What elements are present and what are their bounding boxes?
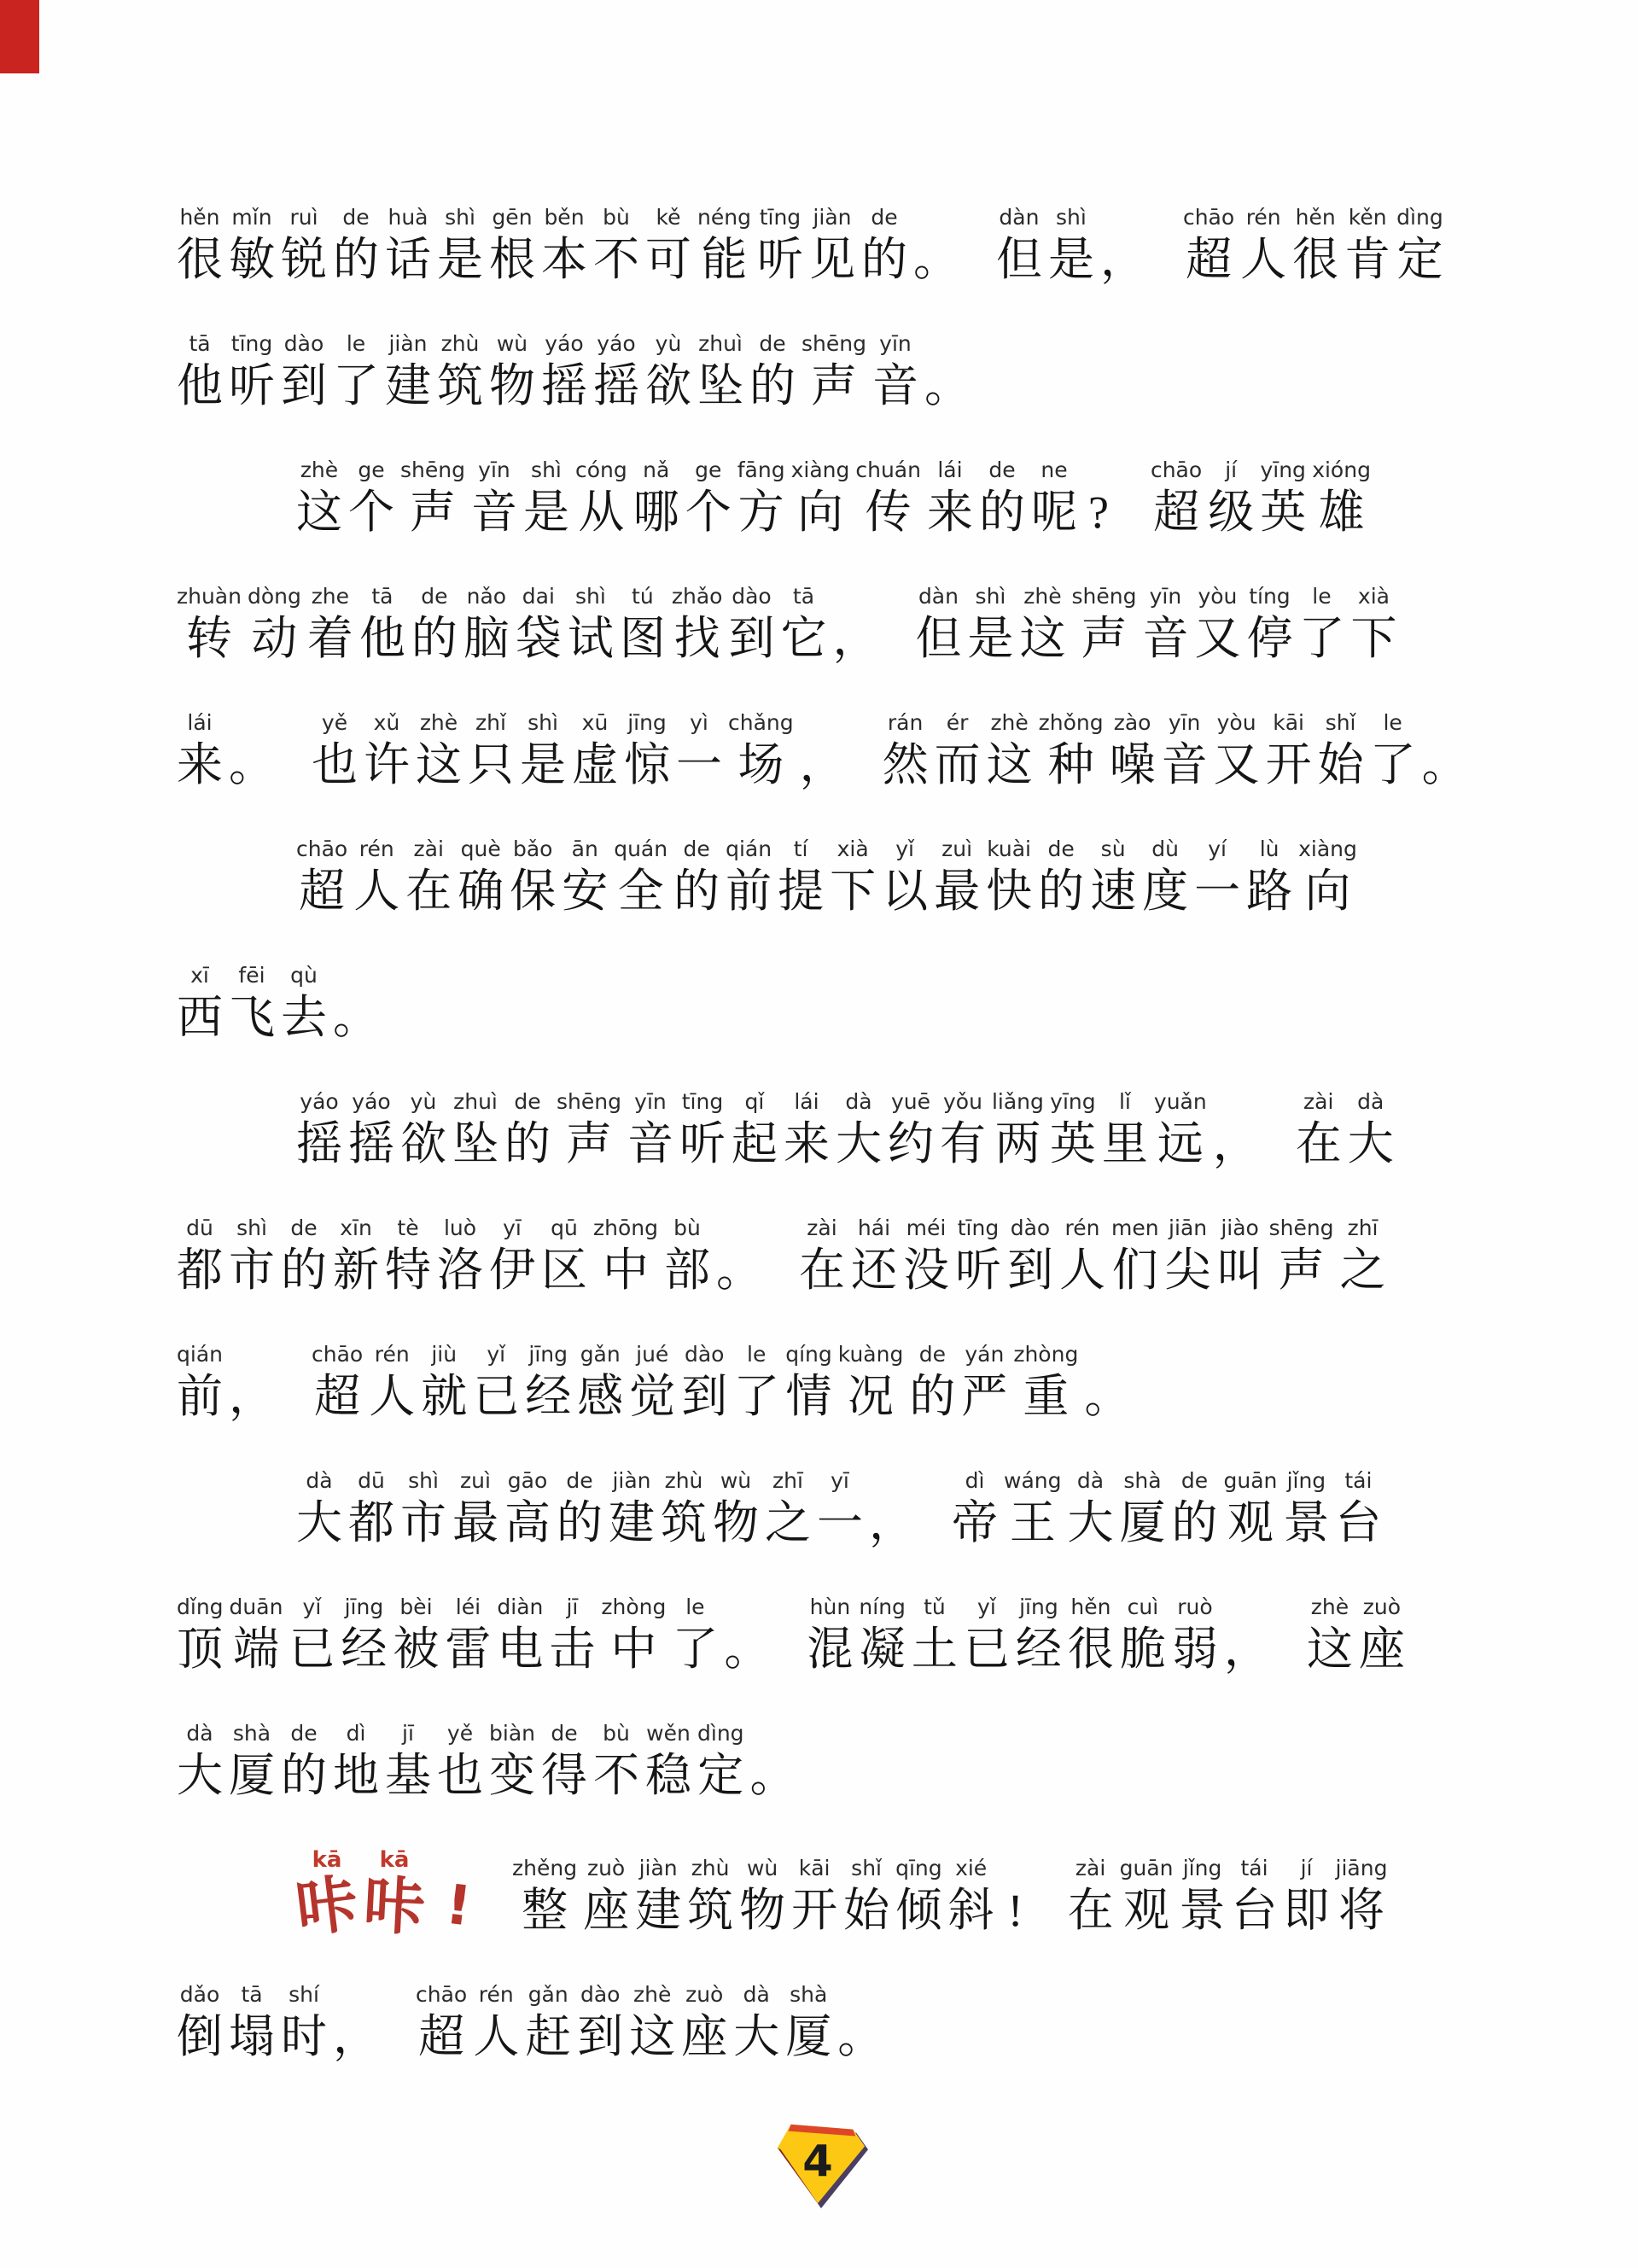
hanzi-character: 始 [843,1883,889,1938]
hanzi-character: 远 [1157,1117,1204,1171]
text-line: hěn很mǐn敏ruì锐de的huà话shì是gēn根běn本bù不kě可nén… [175,203,1468,287]
ruby-unit: chāo超 [310,1340,364,1424]
hanzi-character: 台 [1335,1495,1381,1550]
ruby-unit: qián前 [724,835,773,918]
hanzi-character: 摇 [593,359,639,413]
story-text: hěn很mǐn敏ruì锐de的huà话shì是gēn根běn本bù不kě可nén… [175,203,1468,2107]
pinyin-annotation: bǎo [513,835,552,864]
ruby-unit: de的 [279,1214,329,1297]
sound-effect-word: kā咔 [362,1845,427,1938]
hanzi-character: 之 [765,1495,811,1550]
hanzi-character: 倒 [177,2009,223,2064]
hanzi-character: 试 [568,611,614,666]
pinyin-annotation: jīng [1019,1593,1058,1622]
hanzi-character: 之 [1340,1243,1386,1297]
hanzi-character: 感 [577,1369,623,1424]
pinyin-annotation: yǐ [303,1593,322,1622]
pinyin-annotation: duān [230,1593,283,1622]
ruby-unit: yī一 [815,1466,865,1550]
hanzi-character: 台 [1232,1883,1278,1938]
hanzi-character: 来 [927,485,973,539]
ruby-unit: níng凝 [857,1593,907,1676]
hanzi-character: 得 [541,1748,587,1803]
text-line: kā咔kā咔!zhěng整zuò座jiàn建zhù筑wù物kāi开shǐ始qīn… [175,1845,1468,1938]
ruby-unit: ， [227,1340,277,1424]
ruby-unit: bù不 [592,1719,641,1803]
pinyin-annotation: zuò [685,1980,723,2009]
pinyin-annotation: yáo [300,1087,338,1117]
hanzi-character: 混 [807,1622,853,1676]
ruby-unit: zhè这 [1017,582,1067,666]
hanzi-character: 的 [411,611,458,666]
ruby-unit: jīng经 [1014,1593,1064,1676]
ruby-unit: yīng英 [1048,1087,1098,1171]
hanzi-character: 斜 [948,1883,994,1938]
text-line: zhuàn转dòng动zhe着tā他de的nǎo脑dai袋shì试tú图zhǎo… [175,582,1468,666]
ruby-unit: qū区 [539,1214,589,1297]
ruby-unit: xī西 [175,961,224,1045]
ruby-unit: bèi被 [391,1593,440,1676]
ruby-unit: de的 [555,1466,604,1550]
ruby-unit: wěn稳 [644,1719,693,1803]
pinyin-annotation: bèi [399,1593,432,1622]
ruby-unit: zuò座 [581,1854,631,1938]
ruby-unit: nǎo脑 [462,582,511,666]
pinyin-annotation: dū [358,1466,385,1495]
pinyin-annotation: kěn [1349,203,1387,232]
hanzi-character: 英 [1260,485,1306,539]
ruby-unit: dào到 [279,329,329,413]
hanzi-character: 都 [177,1243,223,1297]
hanzi-character: 他 [177,359,223,413]
hanzi-character: 这 [629,2009,675,2064]
pinyin-annotation: jué [636,1340,668,1369]
ruby-unit: de的 [672,835,721,918]
sound-effect-word: ! [440,1845,477,1938]
hanzi-character: 个 [348,485,394,539]
pinyin-annotation: wù [720,1466,751,1495]
ruby-unit: ， [798,708,848,792]
pinyin-annotation: yīn [478,456,510,485]
pinyin-annotation: bù [603,1719,630,1748]
ruby-unit: yīn音 [469,456,519,539]
pinyin-annotation: yě [447,1719,473,1748]
hanzi-character: 重 [1023,1369,1069,1424]
ruby-unit: kāi开 [1264,708,1314,792]
pinyin-annotation: jí [1301,1854,1313,1883]
hanzi-character: 土 [912,1622,958,1676]
ruby-unit: què确 [456,835,505,918]
hanzi-character: 大 [1067,1495,1113,1550]
pinyin-annotation: tái [1240,1854,1268,1883]
hanzi-character: 伊 [489,1243,535,1297]
ruby-unit: yán严 [959,1340,1009,1424]
ruby-unit: de的 [1036,835,1086,918]
pinyin-annotation: wěn [646,1719,691,1748]
pinyin-annotation: de [759,329,785,359]
pinyin-annotation: zhuì [453,1087,498,1117]
pinyin-annotation: jiān [1169,1214,1207,1243]
hanzi-character: 市 [400,1495,446,1550]
ruby-unit: jīng经 [523,1340,573,1424]
hanzi-character: 听 [757,232,803,287]
ruby-unit: rén人 [471,1980,521,2064]
pinyin-annotation: dà [845,1087,871,1117]
hanzi-character: 一 [817,1495,863,1550]
pinyin-annotation: guān [1223,1466,1277,1495]
pinyin-annotation: tè [397,1214,418,1243]
ruby-unit: jiàn建 [633,1854,683,1938]
hanzi-character: 击 [549,1622,595,1676]
ruby-unit: yīn音 [1160,708,1210,792]
ruby-unit: tā他 [358,582,407,666]
ruby-unit: jí即 [1282,1854,1332,1938]
hanzi-character: 飞 [229,990,275,1045]
hanzi-character: 欲 [400,1117,446,1171]
pinyin-annotation: zhòng [601,1593,666,1622]
hanzi-character: 然 [883,738,929,792]
ruby-unit: ? [1081,456,1116,539]
pinyin-annotation: shēng [557,1087,621,1117]
ruby-unit: zhè这 [985,708,1035,792]
hanzi-character: 超 [314,1369,360,1424]
ruby-unit: huà话 [383,203,433,287]
hanzi-character: 况 [848,1369,894,1424]
ruby-unit: de的 [907,1340,957,1424]
ruby-unit: duān端 [228,1593,285,1676]
hanzi-character: 雷 [445,1622,491,1676]
ruby-unit: zhòng中 [599,1593,667,1676]
ruby-unit: luò洛 [435,1214,485,1297]
ruby-unit: le了 [670,1593,720,1676]
hanzi-character: 不 [593,1748,639,1803]
pinyin-annotation: de [919,1340,946,1369]
ruby-unit: zhǒng种 [1037,708,1105,792]
hanzi-character: 是 [437,232,483,287]
pinyin-annotation: lù [1260,835,1280,864]
hanzi-character: 倾 [895,1883,941,1938]
ruby-unit: jiàn见 [807,203,857,287]
hanzi-character: 一 [1194,864,1240,918]
hanzi-character: 的 [504,1117,551,1171]
pinyin-annotation: fēi [238,961,265,990]
hanzi-character: 的 [281,1748,327,1803]
ruby-unit: shà厦 [227,1719,277,1803]
pinyin-annotation: de [421,582,447,611]
pinyin-annotation: shì [575,582,606,611]
pinyin-annotation: dǐng [177,1593,224,1622]
ruby-unit: tīng听 [227,329,277,413]
pinyin-annotation: qīng [895,1854,942,1883]
pinyin-annotation: shēng [1269,1214,1334,1243]
hanzi-character: 厦 [1119,1495,1165,1550]
ruby-unit: zài在 [1066,1854,1116,1938]
pinyin-annotation: le [1312,582,1331,611]
hanzi-character: 音 [471,485,517,539]
ruby-unit: shì是 [522,456,571,539]
ruby-unit: yí一 [1192,835,1242,918]
ruby-unit: shà厦 [784,1980,833,2064]
hanzi-character: ， [800,738,846,792]
pinyin-annotation: rén [479,1980,514,2009]
pinyin-annotation: zhè [990,708,1028,738]
ruby-unit: zuì最 [932,835,982,918]
ruby-unit: ān安 [560,835,609,918]
pinyin-annotation: xiàng [1298,835,1357,864]
hanzi-character: 音 [1142,611,1188,666]
pinyin-annotation: shí [289,1980,319,2009]
hanzi-character: 见 [809,232,855,287]
hanzi-character: 已 [289,1622,335,1676]
pinyin-annotation: tīng [231,329,272,359]
hanzi-character: 超 [1153,485,1199,539]
ruby-unit: dì帝 [950,1466,1000,1550]
hanzi-character: 西 [177,990,223,1045]
ruby-unit: de的 [860,203,909,287]
pinyin-annotation: xiàng [791,456,850,485]
pinyin-annotation: biàn [489,1719,535,1748]
hanzi-character: 的 [1171,1495,1217,1550]
ruby-unit: yīn音 [871,329,920,413]
ruby-unit: dào到 [726,582,776,666]
hanzi-character: 它 [780,611,826,666]
ruby-unit: dū都 [347,1466,396,1550]
ruby-unit: zhè这 [294,456,344,539]
hanzi-character: 大 [733,2009,779,2064]
ruby-unit: qīng倾 [894,1854,944,1938]
hanzi-character: 袋 [516,611,562,666]
ruby-unit: yuē约 [886,1087,936,1171]
hanzi-character: 开 [791,1883,837,1938]
hanzi-character: 敏 [229,232,275,287]
pinyin-annotation: dào [685,1340,724,1369]
hanzi-character: 不 [593,232,639,287]
hanzi-character: 特 [385,1243,431,1297]
ruby-unit: shǐ始 [842,1854,891,1938]
ruby-unit: kuài快 [984,835,1034,918]
text-line: yáo摇yáo摇yù欲zhuì坠de的shēng声yīn音tīng听qǐ起lái… [175,1087,1468,1171]
ruby-unit: zhǎo找 [670,582,725,666]
ruby-unit: jiù就 [419,1340,469,1424]
hanzi-character: 摇 [541,359,587,413]
ruby-unit: dàn但 [913,582,963,666]
pinyin-annotation: zhěng [512,1854,577,1883]
ruby-unit: méi没 [901,1214,951,1297]
hanzi-character: 都 [348,1495,394,1550]
hanzi-character: 经 [1016,1622,1062,1676]
ruby-unit: néng能 [696,203,753,287]
pinyin-annotation: jǐng [1287,1466,1326,1495]
ruby-unit: zhī之 [763,1466,813,1550]
pinyin-annotation: yīng [1050,1087,1095,1117]
ruby-unit: de的 [977,456,1027,539]
ruby-unit: bǎo保 [508,835,557,918]
ruby-unit: tíng停 [1245,582,1294,666]
hanzi-character: 找 [674,611,720,666]
pinyin-annotation: chǎng [728,708,794,738]
pinyin-annotation: de [566,1466,592,1495]
ruby-unit: shēng声 [399,456,467,539]
hanzi-character: 也 [312,738,358,792]
pinyin-annotation: zhè [1311,1593,1349,1622]
hanzi-character: ， [832,611,878,666]
hanzi-character: 中 [603,1243,649,1297]
hanzi-character: 里 [1102,1117,1148,1171]
ruby-unit: tā他 [175,329,224,413]
ruby-unit: shà厦 [1117,1466,1167,1550]
pinyin-annotation: zhī [772,1466,803,1495]
text-line: tā他tīng听dào到le了jiàn建zhù筑wù物yáo摇yáo摇yù欲zh… [175,329,1468,413]
ruby-unit: rén人 [352,835,401,918]
hanzi-character: 端 [233,1622,279,1676]
ruby-unit: yáo摇 [539,329,589,413]
ruby-unit: guān观 [1221,1466,1279,1550]
ruby-unit: dà大 [294,1466,344,1550]
pinyin-annotation: dǎo [180,1980,219,2009]
hanzi-character: 确 [458,864,504,918]
hanzi-character: 定 [697,1748,743,1803]
hanzi-character: 。 [333,990,379,1045]
hanzi-character: 噪 [1110,738,1156,792]
hanzi-character: 话 [385,232,431,287]
pinyin-annotation: xī [190,961,209,990]
hanzi-character: 定 [1396,232,1443,287]
ruby-unit: biàn变 [487,1719,537,1803]
ruby-unit: gǎn赶 [523,1980,573,2064]
ruby-unit: de的 [279,1719,329,1803]
hanzi-character: 市 [229,1243,275,1297]
pinyin-annotation: zài [414,835,444,864]
ruby-unit: chǎng场 [726,708,796,792]
ruby-unit: le了 [1297,582,1346,666]
pinyin-annotation: de [1181,1466,1208,1495]
pinyin-annotation: què [461,835,501,864]
pinyin-annotation: dì [965,1466,985,1495]
pinyin-annotation: yù [656,329,682,359]
hanzi-character: 也 [437,1748,483,1803]
ruby-unit: ， [331,1980,381,2064]
ruby-unit: xióng雄 [1310,456,1373,539]
hanzi-character: 声 [566,1117,612,1171]
hanzi-character: 动 [251,611,297,666]
pinyin-annotation: xīn [340,1214,372,1243]
hanzi-character: ? [1083,485,1114,539]
hanzi-character: 高 [504,1495,551,1550]
ruby-unit: jí级 [1206,456,1256,539]
pinyin-annotation: zhè [1023,582,1061,611]
ruby-unit: ruì锐 [279,203,329,287]
hanzi-character: 声 [1081,611,1127,666]
pinyin-annotation: qíng [785,1340,832,1369]
ruby-unit: 。 [1420,708,1470,792]
ruby-unit: xié斜 [947,1854,996,1938]
pinyin-annotation: lái [187,708,212,738]
pinyin-annotation: dū [186,1214,213,1243]
ruby-unit: zuì最 [451,1466,500,1550]
ruby-unit: mǐn敏 [227,203,277,287]
ruby-unit: shì是 [1046,203,1096,287]
ruby-unit: jī基 [383,1719,433,1803]
ruby-unit: tè特 [383,1214,433,1297]
hanzi-character: 向 [797,485,843,539]
pinyin-annotation: tīng [682,1087,723,1117]
ruby-unit: dù度 [1140,835,1190,918]
hanzi-character: 个 [685,485,732,539]
pinyin-annotation: dào [732,582,771,611]
ruby-unit: xiàng向 [1297,835,1359,918]
ruby-unit: 。 [722,1593,772,1676]
ruby-unit: ， [1222,1593,1272,1676]
hanzi-character: ， [1100,232,1146,287]
pinyin-annotation: qù [290,961,318,990]
pinyin-annotation: dìng [1396,203,1443,232]
pinyin-annotation: zuò [587,1854,625,1883]
corner-bookmark [0,0,39,73]
pinyin-annotation: dòng [248,582,301,611]
pinyin-annotation: běn [544,203,584,232]
ruby-unit: shēng声 [1070,582,1138,666]
ruby-unit: yīn音 [1140,582,1190,666]
pinyin-annotation: yīn [1150,582,1182,611]
ruby-unit: hùn混 [805,1593,854,1676]
hanzi-character: 严 [961,1369,1007,1424]
hanzi-character: 王 [1010,1495,1056,1550]
hanzi-character: 速 [1090,864,1136,918]
ruby-unit: zuò座 [679,1980,729,2064]
ruby-unit: yù欲 [644,329,693,413]
hanzi-character: ， [1213,1117,1259,1171]
ruby-unit: jiāng将 [1334,1854,1390,1938]
ruby-unit: qù去 [279,961,329,1045]
pinyin-annotation: wù [497,329,528,359]
pinyin-annotation: gǎn [528,1980,568,2009]
pinyin-annotation: yīn [1169,708,1201,738]
pinyin-annotation: tā [241,1980,262,2009]
pinyin-annotation: yì [690,708,708,738]
sound-effect-word: kā咔 [294,1845,359,1938]
ruby-unit: yǐ已 [962,1593,1011,1676]
hanzi-character: 有 [940,1117,986,1171]
ruby-unit: rén人 [1239,203,1288,287]
hanzi-character: 的 [749,359,796,413]
ruby-unit: yīng英 [1258,456,1308,539]
ruby-unit: 。 [912,203,961,287]
text-line: dà大dū都shì市zuì最gāo高de的jiàn建zhù筑wù物zhī之yī一… [175,1466,1468,1550]
pinyin-annotation: dì [347,1719,366,1748]
hanzi-character: 停 [1246,611,1292,666]
ruby-unit: de的 [331,203,381,287]
ruby-unit: hěn很 [175,203,224,287]
pinyin-annotation: ān [572,835,598,864]
ruby-unit: qián前 [175,1340,224,1424]
hanzi-character: 电 [497,1622,543,1676]
hanzi-character: 观 [1123,1883,1169,1938]
ruby-unit: yě也 [435,1719,485,1803]
pinyin-annotation: lái [794,1087,819,1117]
pinyin-annotation: luò [444,1214,476,1243]
ruby-unit: shì是 [518,708,568,792]
ruby-unit: chuán传 [854,456,923,539]
pinyin-annotation: zuì [460,1466,491,1495]
hanzi-character: 音 [1162,738,1208,792]
hanzi-character: 超 [418,2009,464,2064]
hanzi-character: 坠 [452,1117,498,1171]
ruby-unit: dai袋 [514,582,563,666]
pinyin-annotation: jīng [345,1593,384,1622]
hanzi-character: 觉 [629,1369,675,1424]
pinyin-annotation: hěn [1070,1593,1110,1622]
pinyin-annotation: zhuì [698,329,743,359]
